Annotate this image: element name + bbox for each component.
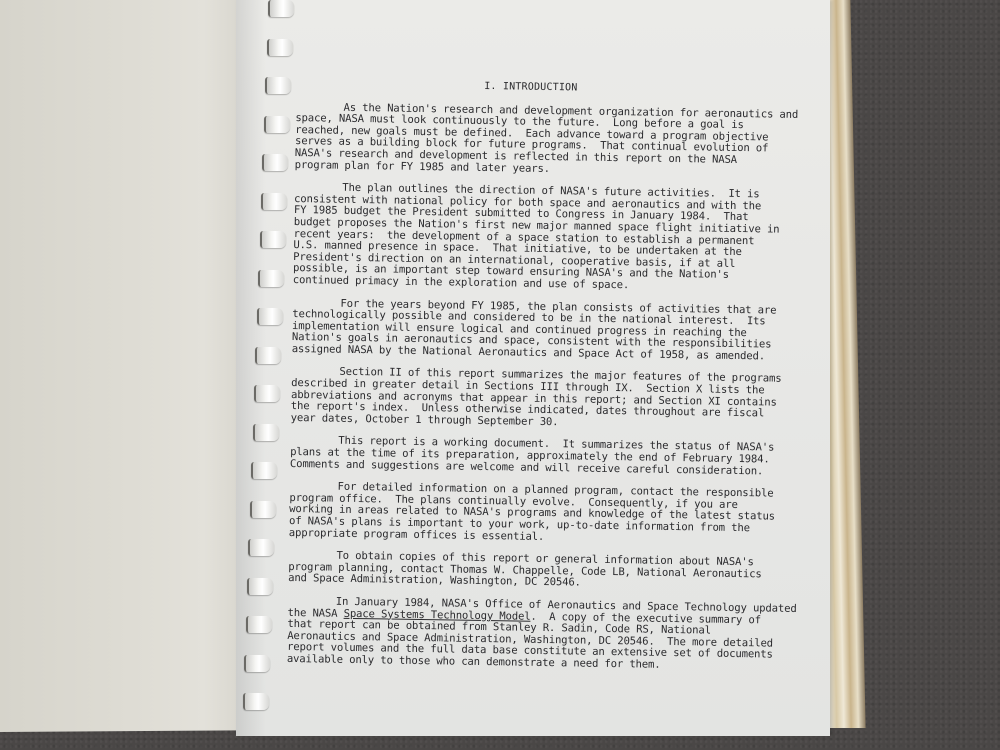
paragraph: In January 1984, NASA's Office of Aerona… [287, 596, 758, 673]
binding-ring [254, 385, 280, 402]
paragraphs-container: As the Nation's research and development… [287, 102, 766, 673]
binding-ring [261, 193, 287, 210]
binding-ring [268, 0, 294, 17]
binding-ring [262, 154, 288, 171]
paragraph: As the Nation's research and development… [295, 102, 766, 179]
binding-ring [244, 655, 270, 672]
document-body: I. INTRODUCTION As the Nation's research… [287, 78, 766, 684]
binding-ring [260, 231, 286, 248]
binding-ring [258, 270, 284, 287]
binding-ring [251, 462, 277, 479]
binding-ring [247, 578, 273, 595]
binding-ring [255, 347, 281, 364]
binding-ring [246, 616, 272, 633]
paragraph: For detailed information on a planned pr… [289, 481, 760, 546]
binding-ring [243, 693, 269, 710]
paragraph: The plan outlines the direction of NASA'… [293, 182, 765, 294]
binding-ring [264, 116, 290, 133]
binding-ring [257, 308, 283, 325]
binding-ring [265, 77, 291, 94]
paragraph: For the years beyond FY 1985, the plan c… [292, 297, 763, 362]
left-page-blank [0, 0, 240, 732]
binding-ring [248, 539, 274, 556]
paragraph: To obtain copies of this report or gener… [288, 550, 758, 592]
binding-ring [250, 501, 276, 518]
paragraph: This report is a working document. It su… [290, 435, 760, 477]
binding-ring [253, 424, 279, 441]
binding-ring [267, 39, 293, 56]
spiral-comb-binding [222, 0, 292, 740]
paragraph: Section II of this report summarizes the… [291, 366, 762, 431]
